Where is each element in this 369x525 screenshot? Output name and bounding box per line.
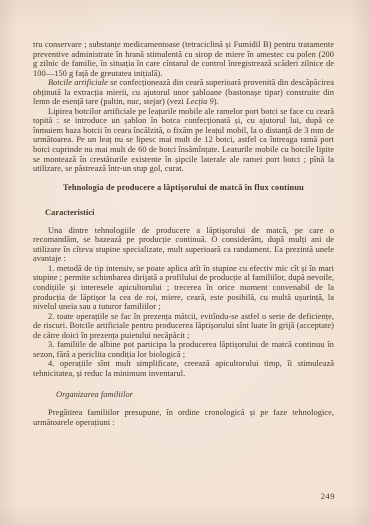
page-number: 249 xyxy=(321,491,335,501)
list-item-3: 3. familiile de albine pot participa la … xyxy=(33,340,334,359)
paragraph-text-tail: ). xyxy=(214,97,219,106)
list-item-2: 2. toate operațiile se fac în prezența m… xyxy=(33,312,334,341)
paragraph-botci-artificiale: Botcile artificiale se confecționează di… xyxy=(33,78,334,107)
paragraph-lipirea-botcilor: Lipirea botcilor artificiale pe leațuril… xyxy=(33,107,334,174)
lesson-reference: Lecția 9 xyxy=(186,97,214,106)
list-item-1: 1. metodă de tip intensiv, se poate apli… xyxy=(33,264,334,312)
italic-lead-botcile-artificiale: Botcile artificiale xyxy=(48,78,108,87)
sub-heading-organizarea-familiilor: Organizarea familiilor xyxy=(33,390,334,400)
sub-heading-caracteristici: Caracteristici xyxy=(33,208,334,218)
list-item-4: 4. operațiile sînt mult simplificate, cr… xyxy=(33,359,334,378)
section-heading-tehnologia: Tehnologia de producere a lăptișorului d… xyxy=(37,183,330,193)
page-text-block: tru conservare ; substanțe medicamentoas… xyxy=(33,40,334,427)
paragraph-pregatirea-familiilor: Pregătirea familiilor presupune, în ordi… xyxy=(33,408,334,427)
paragraph-continued-from-previous-page: tru conservare ; substanțe medicamentoas… xyxy=(33,40,334,78)
paragraph-una-dintre-tehnologiile: Una dintre tehnologiile de producere a l… xyxy=(33,226,334,264)
book-page: tru conservare ; substanțe medicamentoas… xyxy=(0,0,369,525)
